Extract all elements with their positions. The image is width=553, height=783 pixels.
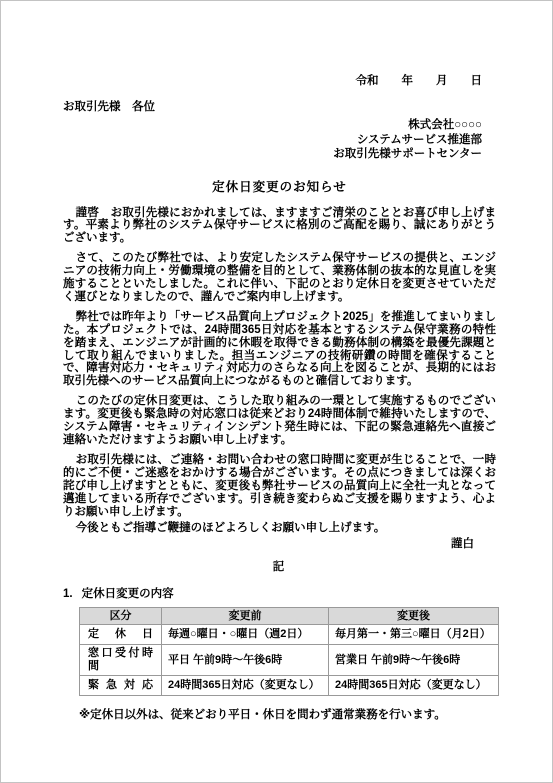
sender-company: 株式会社○○○○: [63, 118, 482, 133]
document-title: 定休日変更のお知らせ: [63, 181, 496, 194]
holiday-after: 毎月第一・第三○曜日（月2日）: [329, 625, 499, 645]
paragraph-greeting: 謹啓 お取引先様におかれましては、ますますご清栄のこととお喜び申し上げます。平素…: [63, 207, 496, 246]
date-line: 令和 年 月 日: [63, 75, 496, 88]
paragraph-final-greeting: 今後ともご指導ご鞭撻のほどよろしくお願い申し上げます。: [63, 522, 496, 535]
emergency-before: 24時間365日対応（変更なし）: [162, 676, 329, 696]
reception-after: 営業日 午前9時～午後6時: [329, 645, 499, 676]
paragraph-announcement: さて、このたび弊社では、より安定したシステム保守サービスの提供と、エンジニアの技…: [63, 252, 496, 304]
closing-word: 謹白: [63, 538, 496, 551]
table-row-reception-hours: 窓口受付時間 平日 午前9時～午後6時 営業日 午前9時～午後6時: [80, 645, 499, 676]
sender-section: お取引先様サポートセンター: [63, 147, 482, 162]
row-label-reception-hours: 窓口受付時間: [80, 645, 162, 676]
table-header-before: 変更前: [162, 608, 329, 625]
emergency-after: 24時間365日対応（変更なし）: [329, 676, 499, 696]
record-mark: 記: [63, 561, 496, 574]
holiday-change-table: 区分 変更前 変更後 定休日 毎週○曜日・○曜日（週2日） 毎月第一・第三○曜日…: [79, 607, 499, 696]
sender-block: 株式会社○○○○ システムサービス推進部 お取引先様サポートセンター: [63, 118, 496, 162]
sender-department: システムサービス推進部: [63, 133, 482, 148]
table-header-after: 変更後: [329, 608, 499, 625]
table-header-row: 区分 変更前 変更後: [80, 608, 499, 625]
paragraph-apology: お取引先様には、ご連絡・お問い合わせの窓口時間に変更が生じることで、一時的にご不…: [63, 454, 496, 519]
table-row-emergency: 緊急対応 24時間365日対応（変更なし） 24時間365日対応（変更なし）: [80, 676, 499, 696]
footnote: ※定休日以外は、従来どおり平日・休日を問わず通常業務を行います。: [79, 709, 496, 722]
document-page: 令和 年 月 日 お取引先様 各位 株式会社○○○○ システムサービス推進部 お…: [0, 0, 553, 783]
paragraph-emergency-contact: このたびの定休日変更は、こうした取り組みの一環として実施するものでございます。変…: [63, 395, 496, 447]
section-number: 1.: [63, 588, 73, 601]
section-heading: 1.定休日変更の内容: [63, 588, 496, 601]
table-header-category: 区分: [80, 608, 162, 625]
section-title: 定休日変更の内容: [82, 588, 174, 600]
reception-before: 平日 午前9時～午後6時: [162, 645, 329, 676]
recipient-line: お取引先様 各位: [63, 101, 496, 114]
paragraph-project-background: 弊社では昨年より「サービス品質向上プロジェクト2025」を推進してまいりました。…: [63, 311, 496, 388]
row-label-holiday: 定休日: [80, 625, 162, 645]
table-row-holiday: 定休日 毎週○曜日・○曜日（週2日） 毎月第一・第三○曜日（月2日）: [80, 625, 499, 645]
row-label-emergency: 緊急対応: [80, 676, 162, 696]
holiday-before: 毎週○曜日・○曜日（週2日）: [162, 625, 329, 645]
